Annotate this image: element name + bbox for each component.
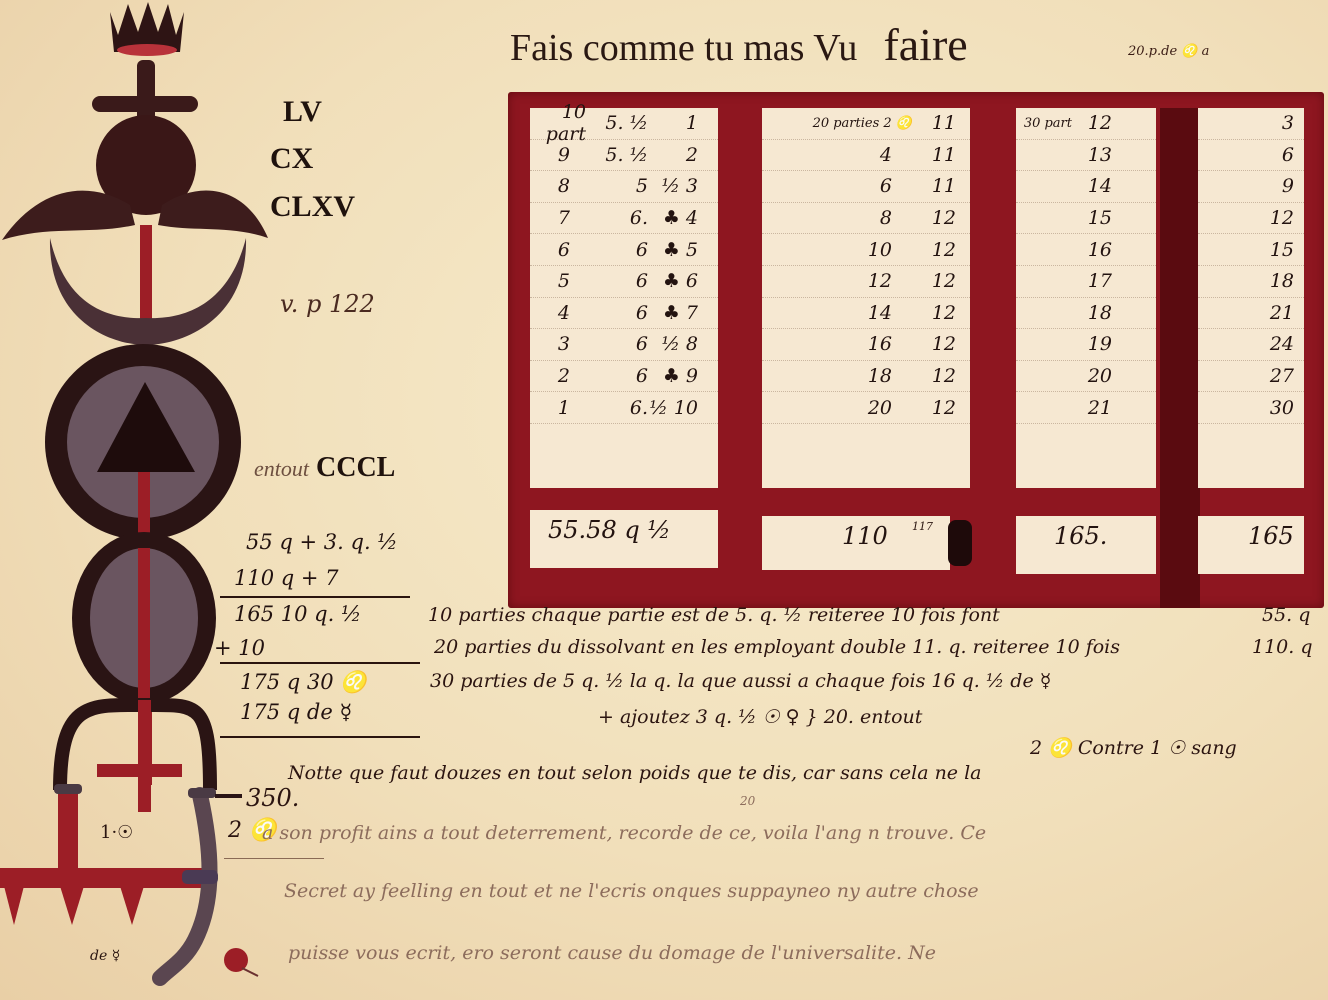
- table-row: 15: [1198, 234, 1304, 266]
- table-row: 411: [762, 140, 970, 172]
- table-row: 21: [1198, 298, 1304, 330]
- table-row: 10 part5. ½1: [530, 108, 718, 140]
- table-row: 20: [1016, 361, 1156, 393]
- table-row: 1612: [762, 329, 970, 361]
- ledger-table: 10 part5. ½1 95. ½2 85½ 3 76.♣ 4 66♣ 5 5…: [508, 92, 1324, 608]
- calc-line: 165 10 q. ½: [234, 602, 361, 626]
- table-row: 24: [1198, 329, 1304, 361]
- page-reference: v. p 122: [280, 290, 375, 318]
- table-row: 812: [762, 203, 970, 235]
- column-2: 20 parties 2 ♌11 411 611 812 1012 1212 1…: [762, 108, 970, 488]
- table-row: 19: [1016, 329, 1156, 361]
- note-line-2: 20 parties du dissolvant en les employan…: [434, 636, 1120, 658]
- table-row: 12: [1198, 203, 1304, 235]
- table-row: 1012: [762, 234, 970, 266]
- table-row: 6: [1198, 140, 1304, 172]
- alchemical-emblem-icon: [0, 0, 270, 1000]
- table-row: 2012: [762, 392, 970, 424]
- table-row: 85½ 3: [530, 171, 718, 203]
- note-line-1-end: 55. q: [1262, 604, 1310, 626]
- table-row: 14: [1016, 171, 1156, 203]
- table-row: 1212: [762, 266, 970, 298]
- note-line-5: 2 ♌ Contre 1 ☉ sang: [1030, 736, 1237, 759]
- table-row: 15: [1016, 203, 1156, 235]
- table-row: 16.½ 10: [530, 392, 718, 424]
- column-1: 10 part5. ½1 95. ½2 85½ 3 76.♣ 4 66♣ 5 5…: [530, 108, 718, 488]
- table-row: 21: [1016, 392, 1156, 424]
- title-big-word: faire: [883, 19, 967, 70]
- table-row: 611: [762, 171, 970, 203]
- table-row: 66♣ 5: [530, 234, 718, 266]
- calc-line: 55 q + 3. q. ½: [246, 530, 398, 554]
- note-line-4: + ajoutez 3 q. ½ ☉ ♀ } 20. entout: [598, 706, 922, 728]
- table-row: 76.♣ 4: [530, 203, 718, 235]
- roman-numeral: LV: [283, 95, 322, 129]
- entout-value: CCCL: [316, 452, 395, 483]
- note-paragraph-3: Secret ay feelling en tout et ne l'ecris…: [284, 880, 979, 902]
- note-line-3: 30 parties de 5 q. ½ la q. la que aussi …: [430, 670, 1051, 692]
- total-cell-2: 110117: [762, 516, 950, 570]
- calc-line: 175 q de ☿: [240, 700, 352, 724]
- table-row: 56♣ 6: [530, 266, 718, 298]
- note-line-1: 10 parties chaque partie est de 5. q. ½ …: [428, 604, 1000, 626]
- table-row: 26♣ 9: [530, 361, 718, 393]
- crown-icon: [110, 2, 184, 56]
- entout-label: entout: [254, 456, 309, 481]
- table-row: 18: [1016, 298, 1156, 330]
- calc-line: 110 q + 7: [234, 566, 339, 590]
- title-text: Fais comme tu mas Vu: [510, 27, 857, 69]
- ink-blot: [948, 520, 972, 566]
- table-row: 18: [1198, 266, 1304, 298]
- note-paragraph-2: a son profit ains a tout deterrement, re…: [262, 822, 986, 844]
- table-row: 16: [1016, 234, 1156, 266]
- column-4: 3 6 9 12 15 18 21 24 27 30: [1198, 108, 1304, 488]
- table-row: 20 parties 2 ♌11: [762, 108, 970, 140]
- roman-numeral: CX: [270, 142, 313, 176]
- total-cell-3: 165.: [1016, 516, 1156, 574]
- table-row: 3: [1198, 108, 1304, 140]
- entout-total: entout CCCL: [254, 452, 395, 484]
- table-row: 30: [1198, 392, 1304, 424]
- dark-divider-bar: [1160, 108, 1200, 608]
- total-cell-4: 165: [1198, 516, 1304, 574]
- page-title: Fais comme tu mas Vufaire: [510, 18, 968, 71]
- table-row: 27: [1198, 361, 1304, 393]
- table-row: 9: [1198, 171, 1304, 203]
- calc-line: 175 q 30 ♌: [240, 670, 366, 695]
- note-paragraph-4: puisse vous ecrit, ero seront cause du d…: [288, 942, 936, 964]
- calc-line: + 10: [214, 636, 265, 660]
- table-row: 17: [1016, 266, 1156, 298]
- table-row: 95. ½2: [530, 140, 718, 172]
- table-row: 1812: [762, 361, 970, 393]
- column-3: 30 part12 13 14 15 16 17 18 19 20 21: [1016, 108, 1156, 488]
- table-row: 30 part12: [1016, 108, 1156, 140]
- total-cell-1: 55.58 q ½: [530, 510, 718, 568]
- emblem-label-mercury: de ☿: [90, 948, 120, 964]
- table-row: 13: [1016, 140, 1156, 172]
- table-row: 1412: [762, 298, 970, 330]
- note-line-2-end: 110. q: [1252, 636, 1313, 658]
- roman-numeral: CLXV: [270, 190, 355, 224]
- emblem-label-sun: 1·☉: [100, 822, 133, 843]
- table-row: 36½ 8: [530, 329, 718, 361]
- note-paragraph-1: Notte que faut douzes en tout selon poid…: [288, 762, 982, 784]
- side-number: 350.: [246, 784, 299, 812]
- table-row: 46♣ 7: [530, 298, 718, 330]
- note-small: 20: [740, 794, 755, 808]
- corner-note: 20.p.de ♌ a: [1128, 42, 1226, 62]
